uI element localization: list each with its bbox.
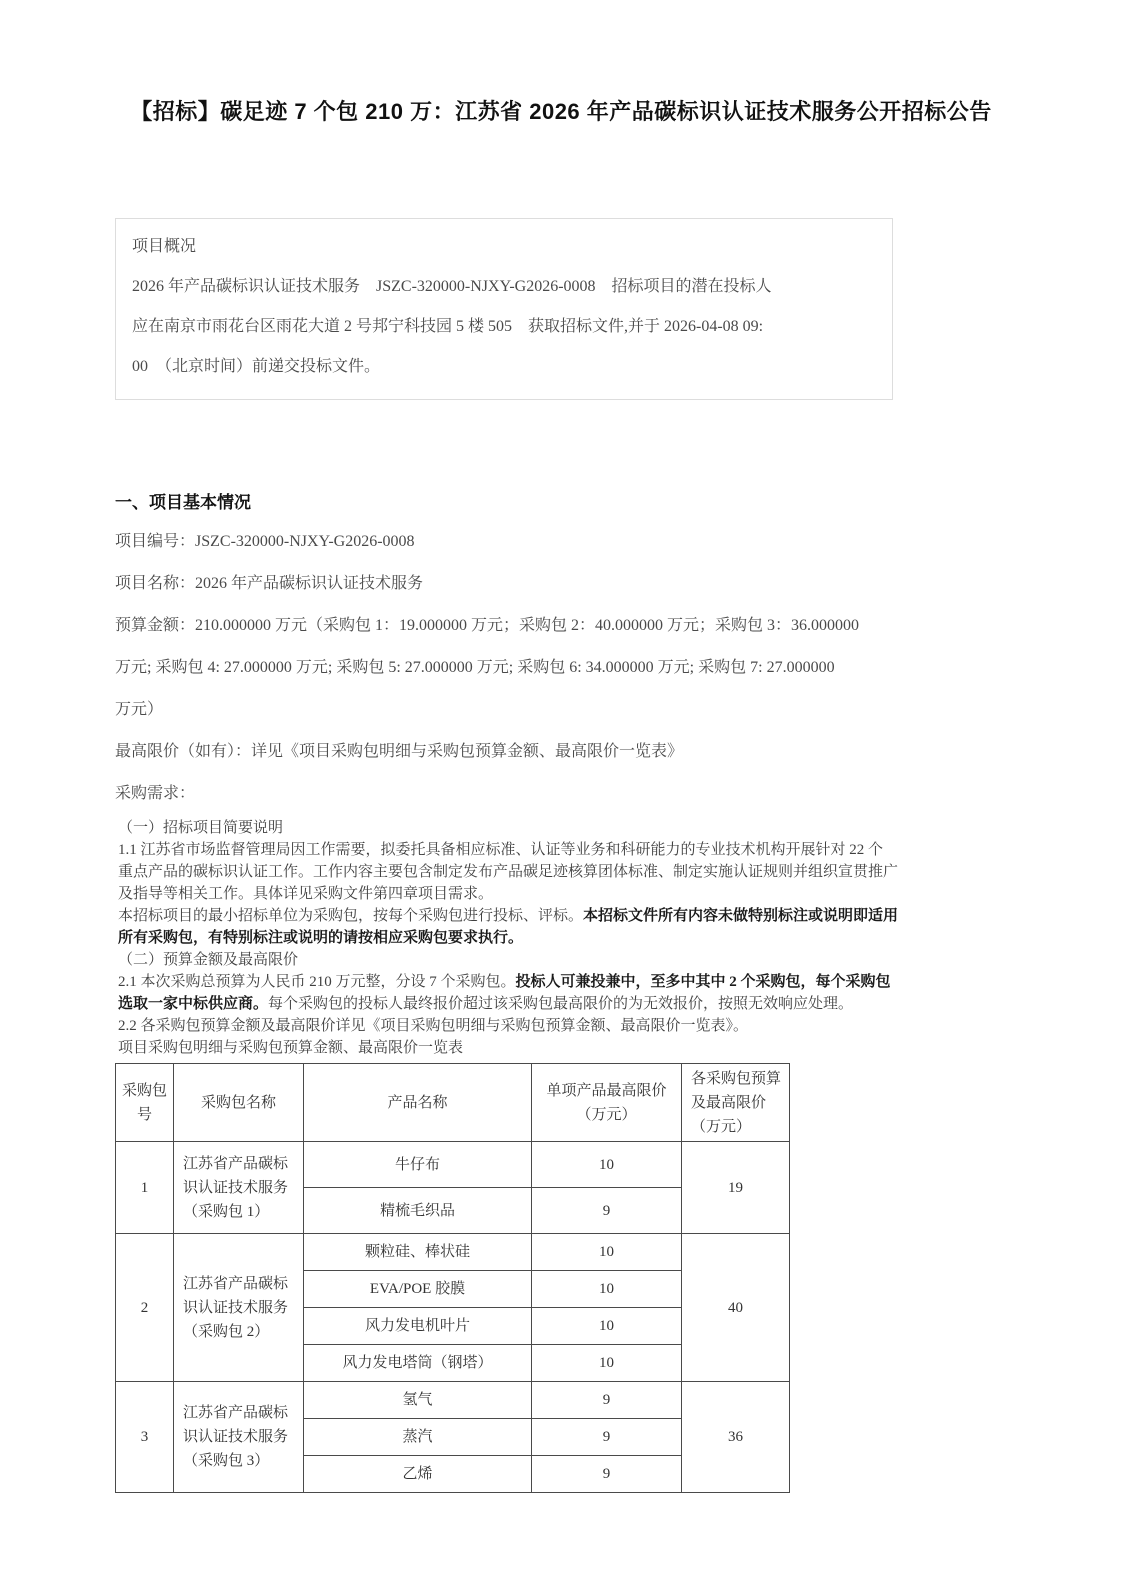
table-row: 1 江苏省产品碳标识认证技术服务（采购包 1） 牛仔布 10 19 — [116, 1142, 790, 1188]
procurement-demand-label: 采购需求： — [115, 773, 1082, 815]
header-package-no: 采购包号 — [116, 1064, 174, 1142]
min-unit-bold: 所有采购包，有特别标注或说明的请按相应采购包要求执行。 — [118, 930, 523, 946]
project-overview-box: 项目概况 2026 年产品碳标识认证技术服务 JSZC-320000-NJXY-… — [115, 218, 893, 400]
product-name: 乙烯 — [304, 1456, 532, 1493]
product-name: EVA/POE 胶膜 — [304, 1271, 532, 1308]
project-name: 项目名称：2026 年产品碳标识认证技术服务 — [115, 563, 1082, 605]
package-price-table: 采购包号 采购包名称 产品名称 单项产品最高限价（万元） 各采购包预算及最高限价… — [115, 1063, 790, 1493]
package-no: 3 — [116, 1382, 174, 1493]
package-total: 19 — [682, 1142, 790, 1234]
product-cap: 9 — [532, 1456, 682, 1493]
section-heading-basic-info: 一、项目基本情况 — [115, 488, 1122, 513]
product-name: 风力发电机叶片 — [304, 1308, 532, 1345]
product-cap: 10 — [532, 1271, 682, 1308]
product-name: 颗粒硅、棒状硅 — [304, 1234, 532, 1271]
budget-line: 预算金额：210.000000 万元（采购包 1：19.000000 万元；采购… — [115, 605, 1082, 647]
product-cap: 9 — [532, 1382, 682, 1419]
product-cap: 10 — [532, 1234, 682, 1271]
requirements-block: （一）招标项目简要说明 1.1 江苏省市场监督管理局因工作需要，拟委托具备相应标… — [118, 817, 1082, 1059]
para-1-1-line: 及指导等相关工作。具体详见采购文件第四章项目需求。 — [118, 883, 1082, 905]
para-1-1-line: 重点产品的碳标识认证工作。工作内容主要包含制定发布产品碳足迹核算团体标准、制定实… — [118, 861, 1082, 883]
package-name: 江苏省产品碳标识认证技术服务（采购包 1） — [174, 1142, 304, 1234]
para-2-1-line: 选取一家中标供应商。每个采购包的投标人最终报价超过该采购包最高限价的为无效报价，… — [118, 993, 1082, 1015]
header-package-name: 采购包名称 — [174, 1064, 304, 1142]
package-total: 36 — [682, 1382, 790, 1493]
min-unit-normal: 本招标项目的最小招标单位为采购包，按每个采购包进行投标、评标。 — [118, 908, 583, 924]
min-unit-bold: 本招标文件所有内容未做特别标注或说明即适用 — [583, 908, 898, 924]
budget-line: 万元; 采购包 4: 27.000000 万元; 采购包 5: 27.00000… — [115, 647, 1082, 689]
sub-heading-1: （一）招标项目简要说明 — [118, 817, 1082, 839]
table-row: 3 江苏省产品碳标识认证技术服务（采购包 3） 氢气 9 36 — [116, 1382, 790, 1419]
para-2-1-line: 2.1 本次采购总预算为人民币 210 万元整，分设 7 个采购包。投标人可兼投… — [118, 971, 1082, 993]
project-number: 项目编号：JSZC-320000-NJXY-G2026-0008 — [115, 521, 1082, 563]
table-header-row: 采购包号 采购包名称 产品名称 单项产品最高限价（万元） 各采购包预算及最高限价… — [116, 1064, 790, 1142]
product-cap: 9 — [532, 1419, 682, 1456]
price-cap: 最高限价（如有）：详见《项目采购包明细与采购包预算金额、最高限价一览表》 — [115, 731, 1082, 773]
product-cap: 10 — [532, 1345, 682, 1382]
para-2-2: 2.2 各采购包预算金额及最高限价详见《项目采购包明细与采购包预算金额、最高限价… — [118, 1015, 1082, 1037]
budget-line: 万元） — [115, 689, 1082, 731]
para-2-1-bold: 投标人可兼投兼中，至多中其中 2 个采购包，每个采购包 — [516, 974, 891, 990]
overview-line: 2026 年产品碳标识认证技术服务 JSZC-320000-NJXY-G2026… — [132, 267, 876, 307]
header-product-cap: 单项产品最高限价（万元） — [532, 1064, 682, 1142]
product-name: 牛仔布 — [304, 1142, 532, 1188]
product-name: 风力发电塔筒（钢塔） — [304, 1345, 532, 1382]
table-row: 2 江苏省产品碳标识认证技术服务（采购包 2） 颗粒硅、棒状硅 10 40 — [116, 1234, 790, 1271]
page-title: 【招标】碳足迹 7 个包 210 万：江苏省 2026 年产品碳标识认证技术服务… — [0, 0, 1122, 126]
package-no: 2 — [116, 1234, 174, 1382]
product-cap: 10 — [532, 1308, 682, 1345]
product-name: 氢气 — [304, 1382, 532, 1419]
table-caption: 项目采购包明细与采购包预算金额、最高限价一览表 — [118, 1037, 1082, 1059]
overview-heading: 项目概况 — [132, 227, 876, 267]
para-min-unit-line: 所有采购包，有特别标注或说明的请按相应采购包要求执行。 — [118, 927, 1082, 949]
package-no: 1 — [116, 1142, 174, 1234]
package-total: 40 — [682, 1234, 790, 1382]
product-cap: 10 — [532, 1142, 682, 1188]
para-1-1-line: 1.1 江苏省市场监督管理局因工作需要，拟委托具备相应标准、认证等业务和科研能力… — [118, 839, 1082, 861]
para-2-1-bold: 选取一家中标供应商。 — [118, 996, 268, 1012]
product-name: 蒸汽 — [304, 1419, 532, 1456]
para-2-1-normal: 2.1 本次采购总预算为人民币 210 万元整，分设 7 个采购包。 — [118, 974, 516, 990]
product-cap: 9 — [532, 1188, 682, 1234]
product-name: 精梳毛织品 — [304, 1188, 532, 1234]
para-min-unit-line: 本招标项目的最小招标单位为采购包，按每个采购包进行投标、评标。本招标文件所有内容… — [118, 905, 1082, 927]
sub-heading-2: （二）预算金额及最高限价 — [118, 949, 1082, 971]
document-page: 【招标】碳足迹 7 个包 210 万：江苏省 2026 年产品碳标识认证技术服务… — [0, 0, 1122, 1587]
overview-line: 应在南京市雨花台区雨花大道 2 号邦宁科技园 5 楼 505 获取招标文件,并于… — [132, 307, 876, 347]
overview-line: 00 （北京时间）前递交投标文件。 — [132, 347, 876, 387]
package-name: 江苏省产品碳标识认证技术服务（采购包 2） — [174, 1234, 304, 1382]
package-name: 江苏省产品碳标识认证技术服务（采购包 3） — [174, 1382, 304, 1493]
para-2-1-normal: 每个采购包的投标人最终报价超过该采购包最高限价的为无效报价，按照无效响应处理。 — [268, 996, 853, 1012]
header-product-name: 产品名称 — [304, 1064, 532, 1142]
header-package-budget: 各采购包预算及最高限价（万元） — [682, 1064, 790, 1142]
basic-info-fields: 项目编号：JSZC-320000-NJXY-G2026-0008 项目名称：20… — [115, 521, 1082, 815]
